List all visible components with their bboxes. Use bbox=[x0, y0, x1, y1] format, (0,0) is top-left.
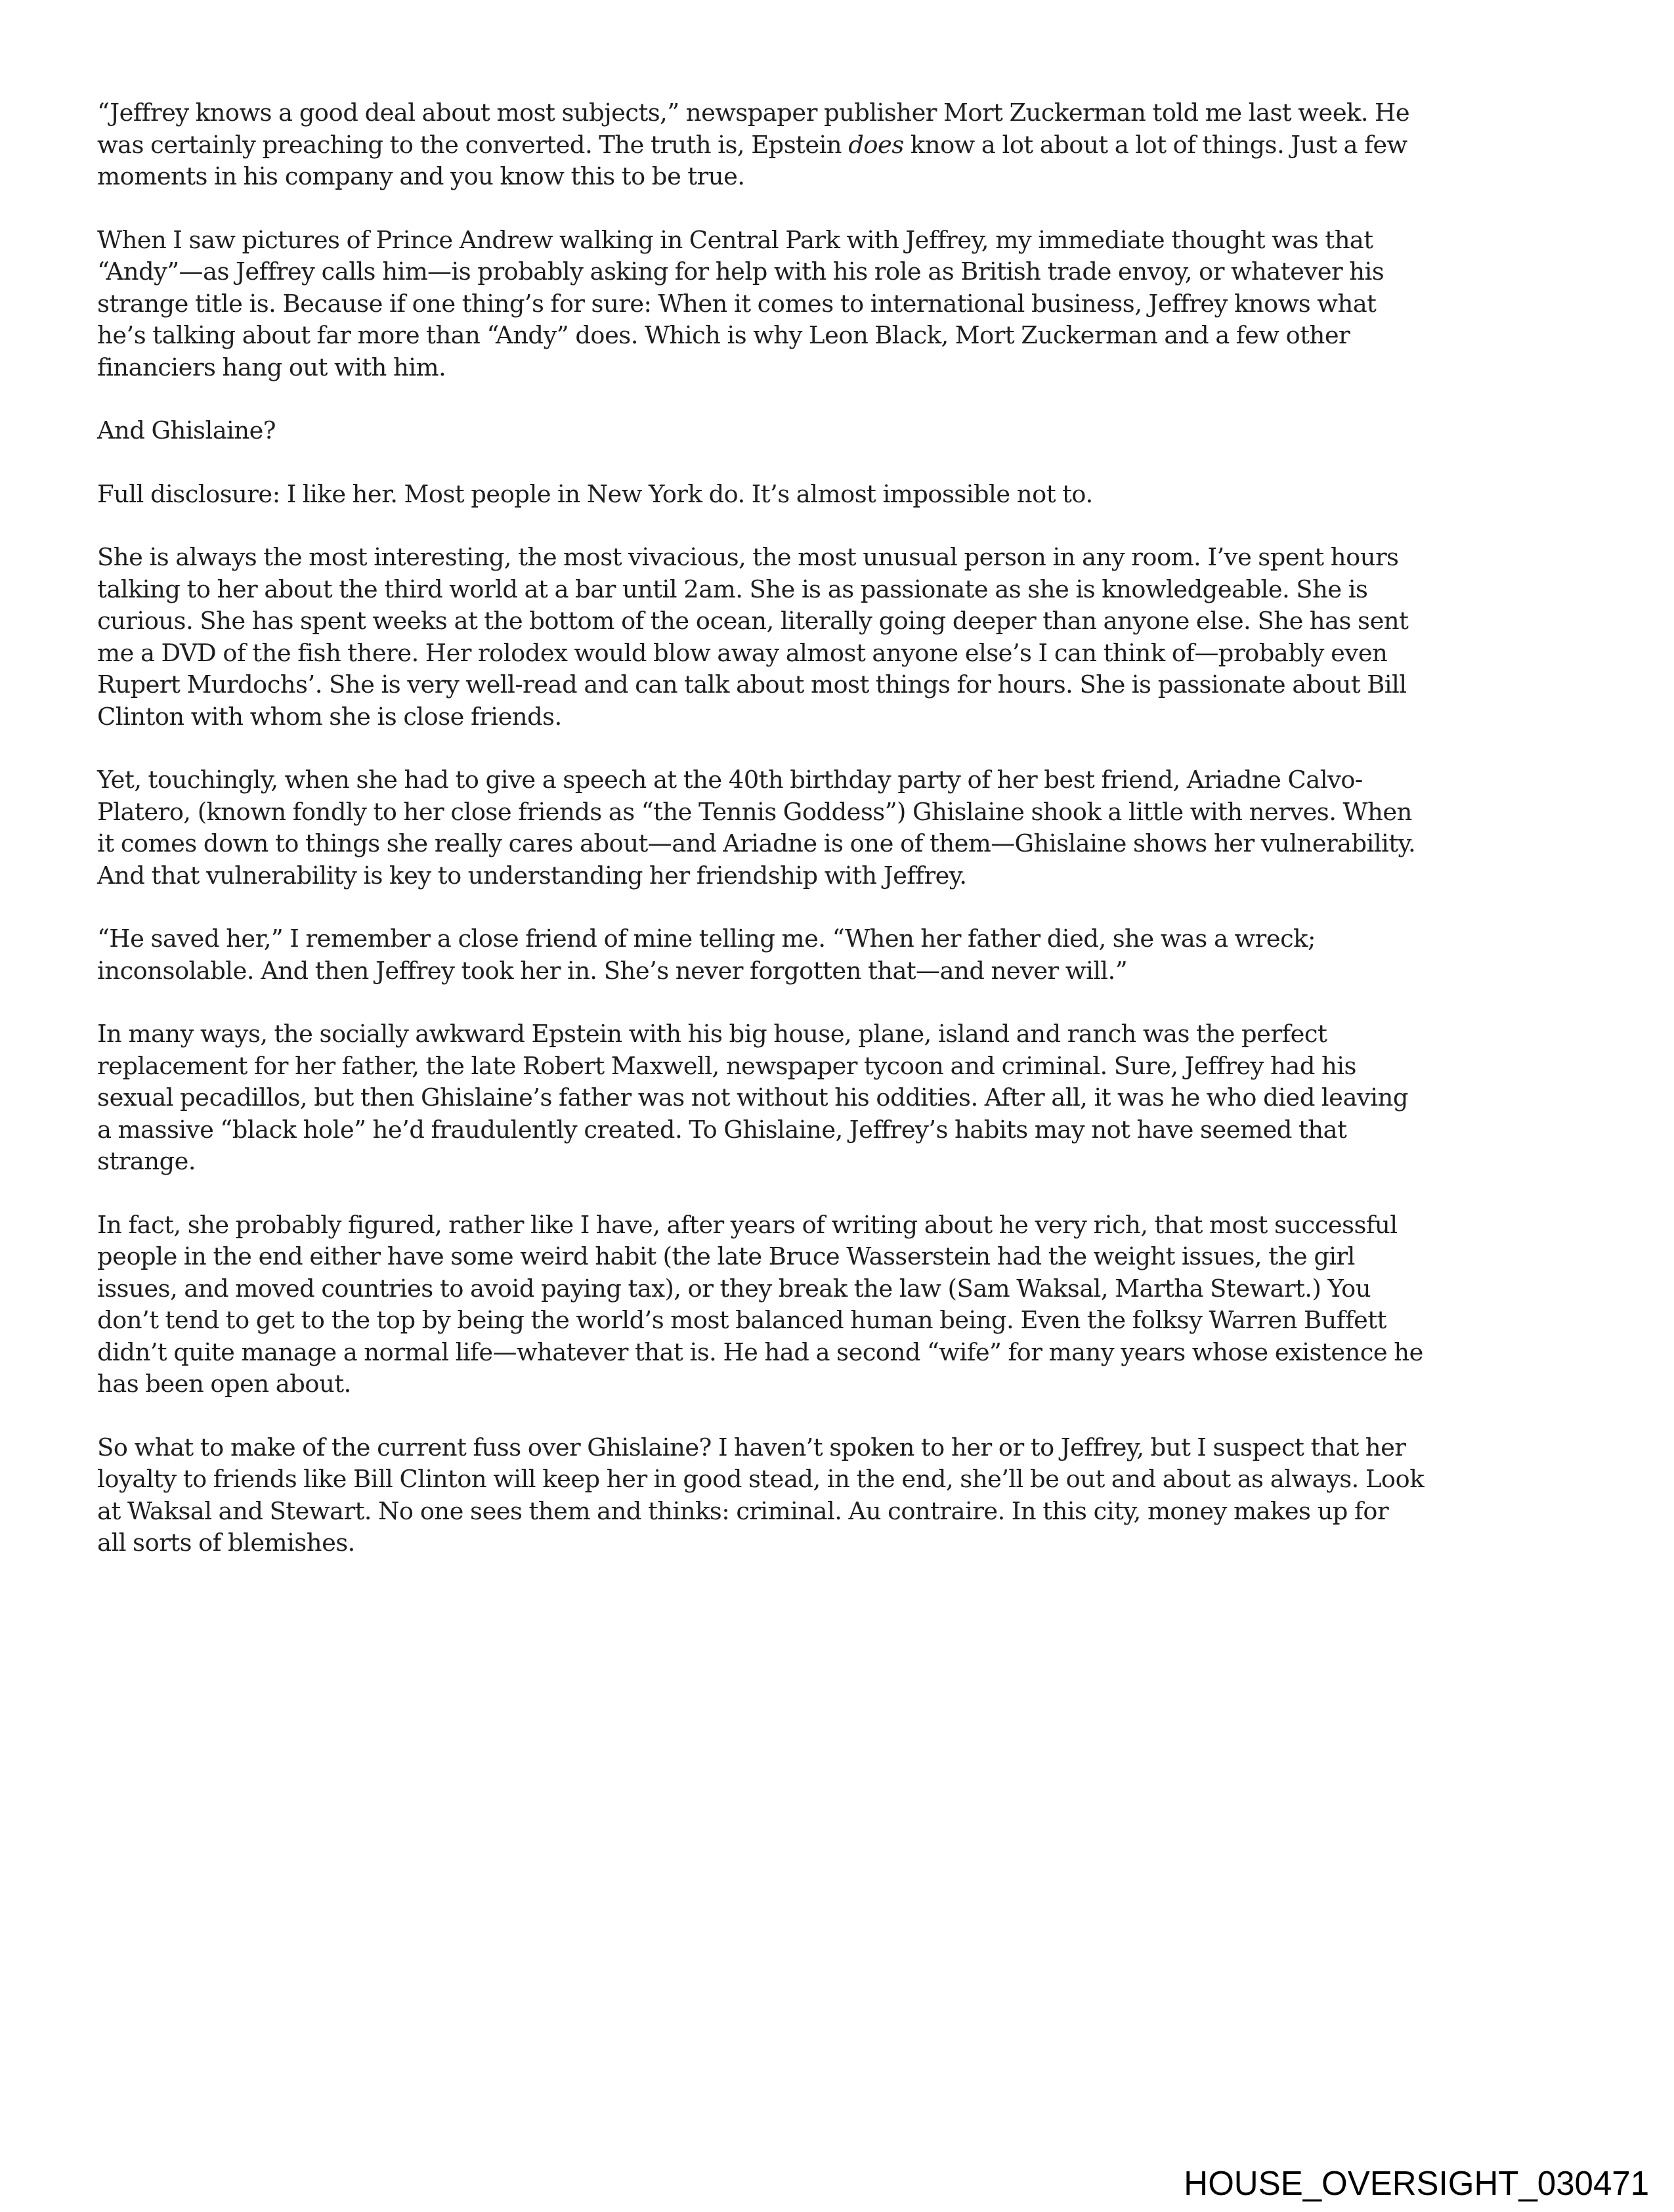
bates-number-footer: HOUSE_OVERSIGHT_030471 bbox=[1184, 2164, 1649, 2203]
text-line: strange. bbox=[97, 1146, 1568, 1178]
paragraph-he-saved-her: “He saved her,” I remember a close frien… bbox=[97, 923, 1568, 987]
text-line: Full disclosure: I like her. Most people… bbox=[97, 479, 1568, 511]
text-line: inconsolable. And then Jeffrey took her … bbox=[97, 955, 1568, 987]
text-line: talking to her about the third world at … bbox=[97, 574, 1568, 606]
text-line: She is always the most interesting, the … bbox=[97, 542, 1568, 574]
text-line: “Andy”—as Jeffrey calls him—is probably … bbox=[97, 256, 1568, 288]
text-line: “Jeffrey knows a good deal about most su… bbox=[97, 97, 1568, 129]
text-line: And Ghislaine? bbox=[97, 415, 1568, 447]
text-line: Clinton with whom she is close friends. bbox=[97, 701, 1568, 733]
text-line: In many ways, the socially awkward Epste… bbox=[97, 1018, 1568, 1051]
text-line: replacement for her father, the late Rob… bbox=[97, 1051, 1568, 1083]
text-line: don’t tend to get to the top by being th… bbox=[97, 1305, 1568, 1337]
text-line-with-emphasis: was certainly preaching to the converted… bbox=[97, 129, 1568, 162]
text-line: Rupert Murdochs’. She is very well-read … bbox=[97, 669, 1568, 701]
emphasis-does: does bbox=[848, 131, 903, 159]
text-line: loyalty to friends like Bill Clinton wil… bbox=[97, 1464, 1568, 1496]
text-line: it comes down to things she really cares… bbox=[97, 828, 1568, 860]
document-body: “Jeffrey knows a good deal about most su… bbox=[97, 97, 1568, 1591]
text-line: he’s talking about far more than “Andy” … bbox=[97, 320, 1568, 352]
text-line: And that vulnerability is key to underst… bbox=[97, 860, 1568, 892]
text-line: a massive “black hole” he’d fraudulently… bbox=[97, 1114, 1568, 1146]
text-line: Yet, touchingly, when she had to give a … bbox=[97, 764, 1568, 796]
text-line: curious. She has spent weeks at the bott… bbox=[97, 605, 1568, 638]
paragraph-zuckerman-quote: “Jeffrey knows a good deal about most su… bbox=[97, 97, 1568, 193]
paragraph-in-fact: In fact, she probably figured, rather li… bbox=[97, 1209, 1568, 1400]
text-line: me a DVD of the fish there. Her rolodex … bbox=[97, 638, 1568, 670]
text-line: strange title is. Because if one thing’s… bbox=[97, 288, 1568, 320]
paragraph-many-ways: In many ways, the socially awkward Epste… bbox=[97, 1018, 1568, 1178]
paragraph-current-fuss: So what to make of the current fuss over… bbox=[97, 1432, 1568, 1559]
text-line: moments in his company and you know this… bbox=[97, 161, 1568, 193]
text-line: So what to make of the current fuss over… bbox=[97, 1432, 1568, 1464]
text-line: In fact, she probably figured, rather li… bbox=[97, 1209, 1568, 1242]
text-run: know a lot about a lot of things. Just a… bbox=[904, 131, 1407, 159]
text-line: has been open about. bbox=[97, 1368, 1568, 1400]
text-line: issues, and moved countries to avoid pay… bbox=[97, 1273, 1568, 1305]
text-line: didn’t quite manage a normal life—whatev… bbox=[97, 1337, 1568, 1369]
paragraph-full-disclosure: Full disclosure: I like her. Most people… bbox=[97, 479, 1568, 511]
text-run: was certainly preaching to the converted… bbox=[97, 131, 848, 159]
paragraph-prince-andrew: When I saw pictures of Prince Andrew wal… bbox=[97, 225, 1568, 384]
paragraph-most-interesting: She is always the most interesting, the … bbox=[97, 542, 1568, 733]
paragraph-and-ghislaine: And Ghislaine? bbox=[97, 415, 1568, 447]
text-line: sexual pecadillos, but then Ghislaine’s … bbox=[97, 1082, 1568, 1114]
text-line: at Waksal and Stewart. No one sees them … bbox=[97, 1496, 1568, 1528]
paragraph-touchingly: Yet, touchingly, when she had to give a … bbox=[97, 764, 1568, 892]
text-line: When I saw pictures of Prince Andrew wal… bbox=[97, 225, 1568, 257]
text-line: financiers hang out with him. bbox=[97, 352, 1568, 384]
text-line: “He saved her,” I remember a close frien… bbox=[97, 923, 1568, 955]
text-line: people in the end either have some weird… bbox=[97, 1241, 1568, 1273]
text-line: Platero, (known fondly to her close frie… bbox=[97, 796, 1568, 829]
text-line: all sorts of blemishes. bbox=[97, 1527, 1568, 1559]
